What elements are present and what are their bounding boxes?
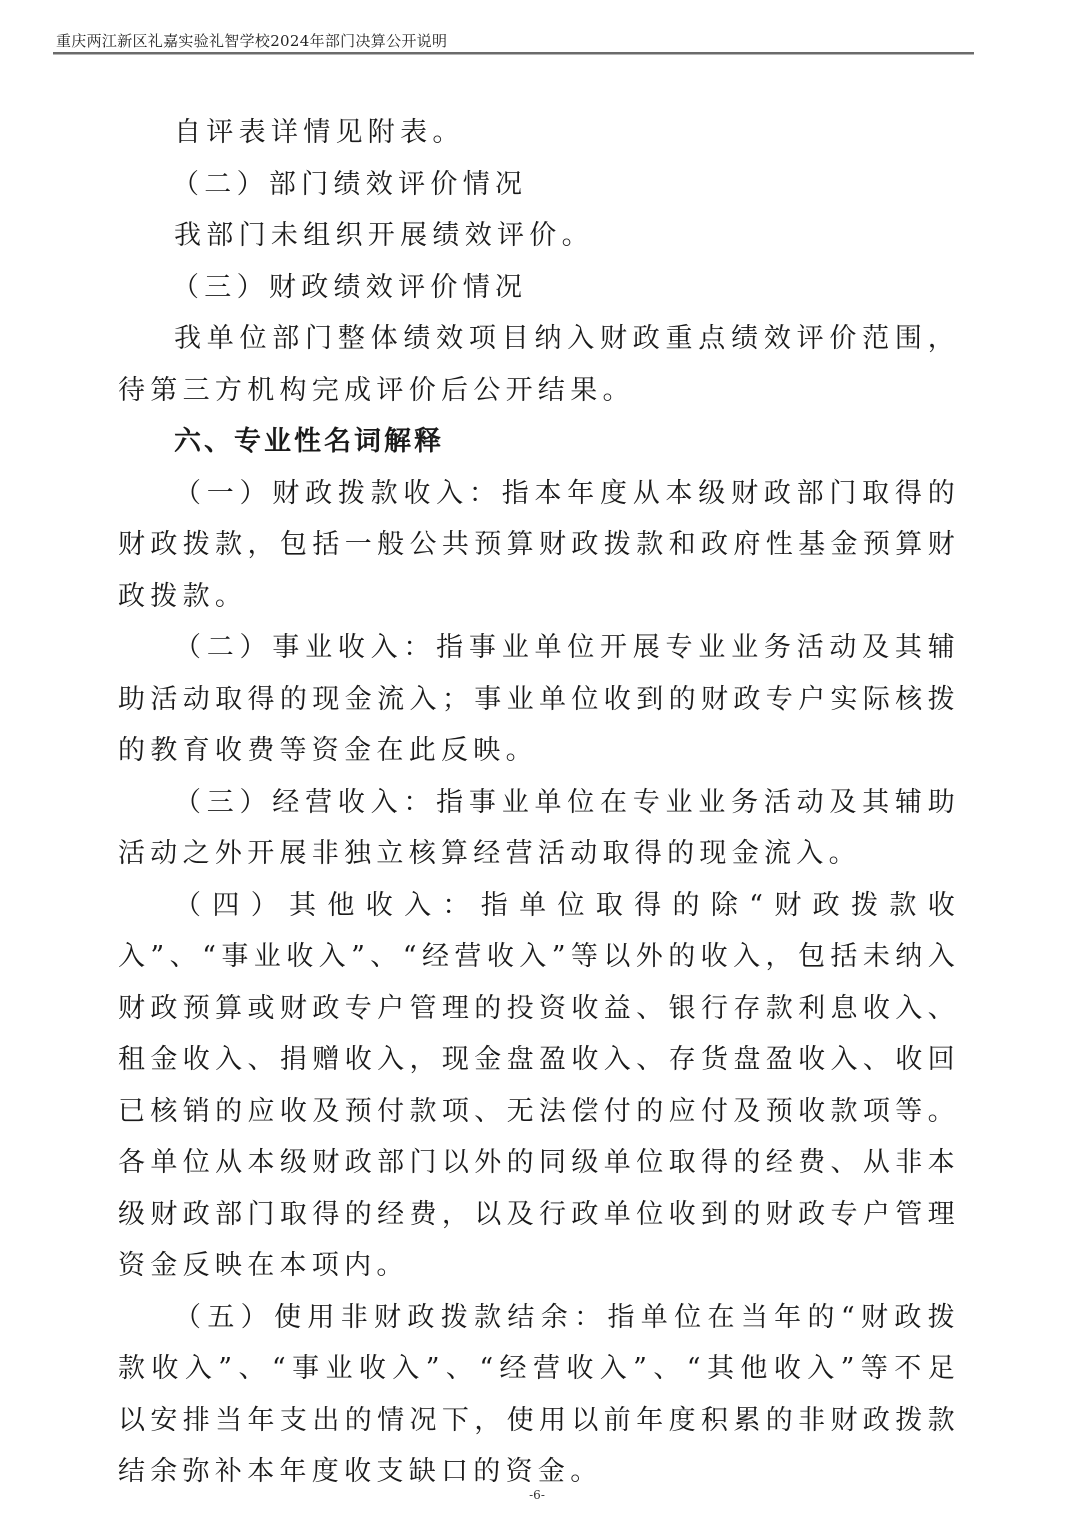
header-divider xyxy=(53,52,974,55)
paragraph-fiscal-performance-eval: 我单位部门整体绩效项目纳入财政重点绩效评价范围，待第三方机构完成评价后公开结果。 xyxy=(118,313,960,416)
document-title-header: 重庆两江新区礼嘉实验礼智学校2024年部门决算公开说明 xyxy=(56,30,447,51)
term-operating-income: （三）经营收入：指事业单位在专业业务活动及其辅助活动之外开展非独立核算经营活动取… xyxy=(118,777,960,880)
document-body: 自评表详情见附表。 （二）部门绩效评价情况 我部门未组织开展绩效评价。 （三）财… xyxy=(118,107,960,1498)
paragraph-dept-performance-eval: 我部门未组织开展绩效评价。 xyxy=(118,210,960,262)
subheading-dept-performance-eval: （二）部门绩效评价情况 xyxy=(118,159,960,211)
section-title-terminology: 六、专业性名词解释 xyxy=(118,416,960,468)
paragraph-self-eval-attachment: 自评表详情见附表。 xyxy=(118,107,960,159)
term-other-income: （四）其他收入：指单位取得的除“财政拨款收入”、“事业收入”、“经营收入”等以外… xyxy=(118,880,960,1292)
subheading-fiscal-performance-eval: （三）财政绩效评价情况 xyxy=(118,262,960,314)
term-business-income: （二）事业收入：指事业单位开展专业业务活动及其辅助活动取得的现金流入；事业单位收… xyxy=(118,622,960,777)
page-number: -6- xyxy=(0,1488,1074,1502)
term-non-fiscal-balance-usage: （五）使用非财政拨款结余：指单位在当年的“财政拨款收入”、“事业收入”、“经营收… xyxy=(118,1292,960,1498)
term-fiscal-appropriation-income: （一）财政拨款收入：指本年度从本级财政部门取得的财政拨款，包括一般公共预算财政拨… xyxy=(118,468,960,623)
